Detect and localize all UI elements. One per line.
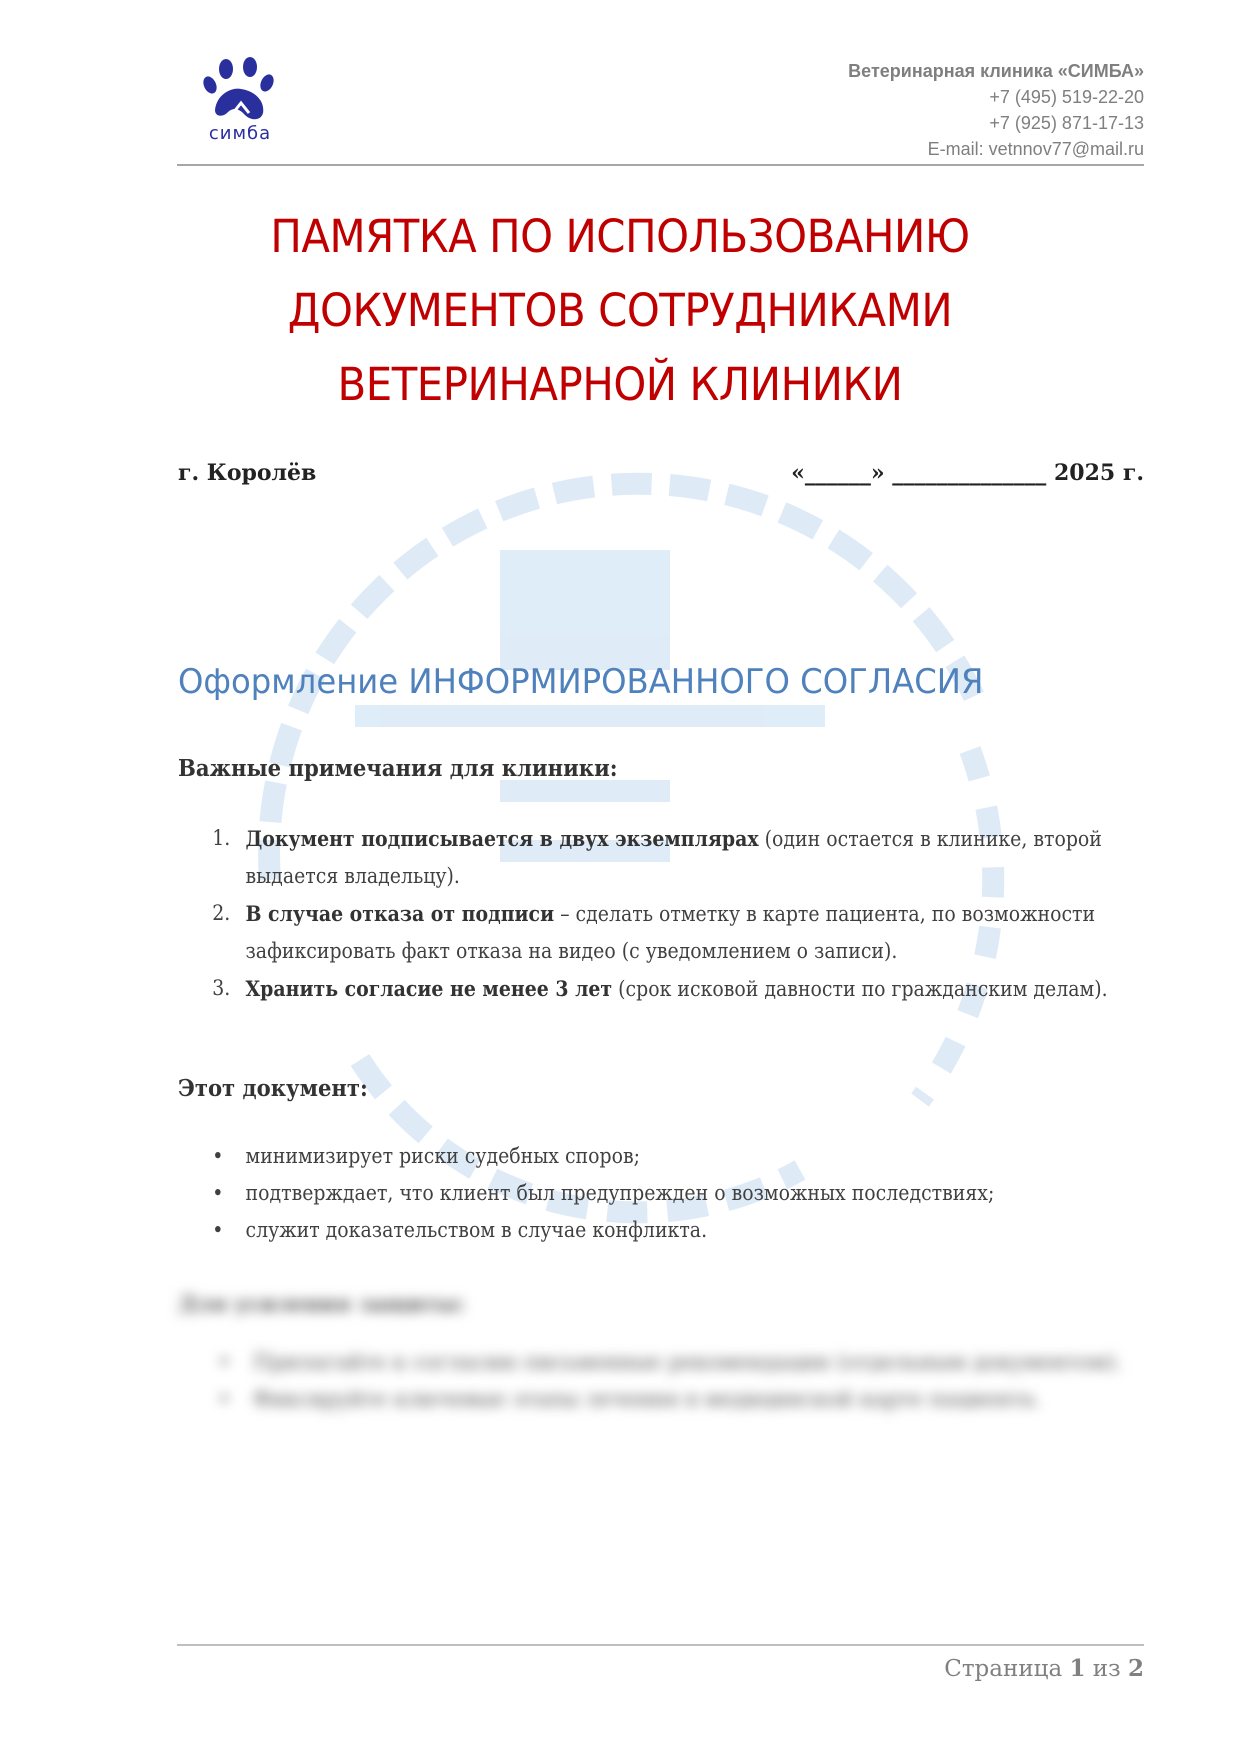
title-line-3: ВЕТЕРИНАРНОЙ КЛИНИКИ — [155, 348, 1085, 422]
city: г. Королёв — [178, 460, 316, 486]
clinic-name: Ветеринарная клиника «СИМБА» — [848, 58, 1144, 84]
date-field: «______» ______________ 2025 г. — [791, 460, 1144, 486]
title-line-2: ДОКУМЕНТОВ СОТРУДНИКАМИ — [155, 274, 1085, 348]
blurred-preview: Для усиления защиты: Прилагайте к соглас… — [178, 1285, 1138, 1418]
logo-text: симба — [195, 123, 285, 144]
header-divider — [177, 164, 1144, 166]
title-line-1: ПАМЯТКА ПО ИСПОЛЬЗОВАНИЮ — [155, 200, 1085, 274]
email: E-mail: vetnnov77@mail.ru — [848, 136, 1144, 162]
phone-2: +7 (925) 871-17-13 — [848, 110, 1144, 136]
doc-heading: Этот документ: — [178, 1075, 368, 1102]
document-page: симба Ветеринарная клиника «СИМБА» +7 (4… — [0, 0, 1240, 1754]
list-item: Фиксируйте ключевые этапы лечения в меди… — [178, 1381, 1138, 1418]
clinic-logo: симба — [195, 55, 285, 150]
list-item: Прилагайте к согласию письменные рекомен… — [178, 1344, 1138, 1381]
document-title: ПАМЯТКА ПО ИСПОЛЬЗОВАНИЮ ДОКУМЕНТОВ СОТР… — [155, 200, 1085, 422]
list-item: 2. В случае отказа от подписи – сделать … — [178, 895, 1146, 970]
bullet-icon: • — [212, 1175, 223, 1212]
phone-1: +7 (495) 519-22-20 — [848, 84, 1144, 110]
notes-heading: Важные примечания для клиники: — [178, 755, 618, 782]
list-item: 1. Документ подписывается в двух экземпл… — [178, 820, 1146, 895]
list-item: • подтверждает, что клиент был предупреж… — [178, 1175, 1146, 1212]
bullet-icon: • — [212, 1212, 223, 1249]
list-item: • минимизирует риски судебных споров; — [178, 1138, 1146, 1175]
blurred-heading: Для усиления защиты: — [178, 1285, 1138, 1322]
list-item: • служит доказательством в случае конфли… — [178, 1212, 1146, 1249]
notes-list: 1. Документ подписывается в двух экземпл… — [178, 820, 1042, 1008]
paw-icon — [195, 55, 285, 125]
section-heading: Оформление ИНФОРМИРОВАННОГО СОГЛАСИЯ — [178, 662, 983, 702]
page-number: Страница 1 из 2 — [944, 1655, 1144, 1682]
footer-divider — [177, 1644, 1144, 1646]
bullet-icon: • — [212, 1138, 223, 1175]
doc-points-list: • минимизирует риски судебных споров; • … — [178, 1138, 1042, 1249]
list-item: 3. Хранить согласие не менее 3 лет (срок… — [178, 970, 1146, 1008]
clinic-contacts: Ветеринарная клиника «СИМБА» +7 (495) 51… — [848, 58, 1144, 162]
place-date-row: г. Королёв «______» ______________ 2025 … — [178, 460, 1144, 486]
